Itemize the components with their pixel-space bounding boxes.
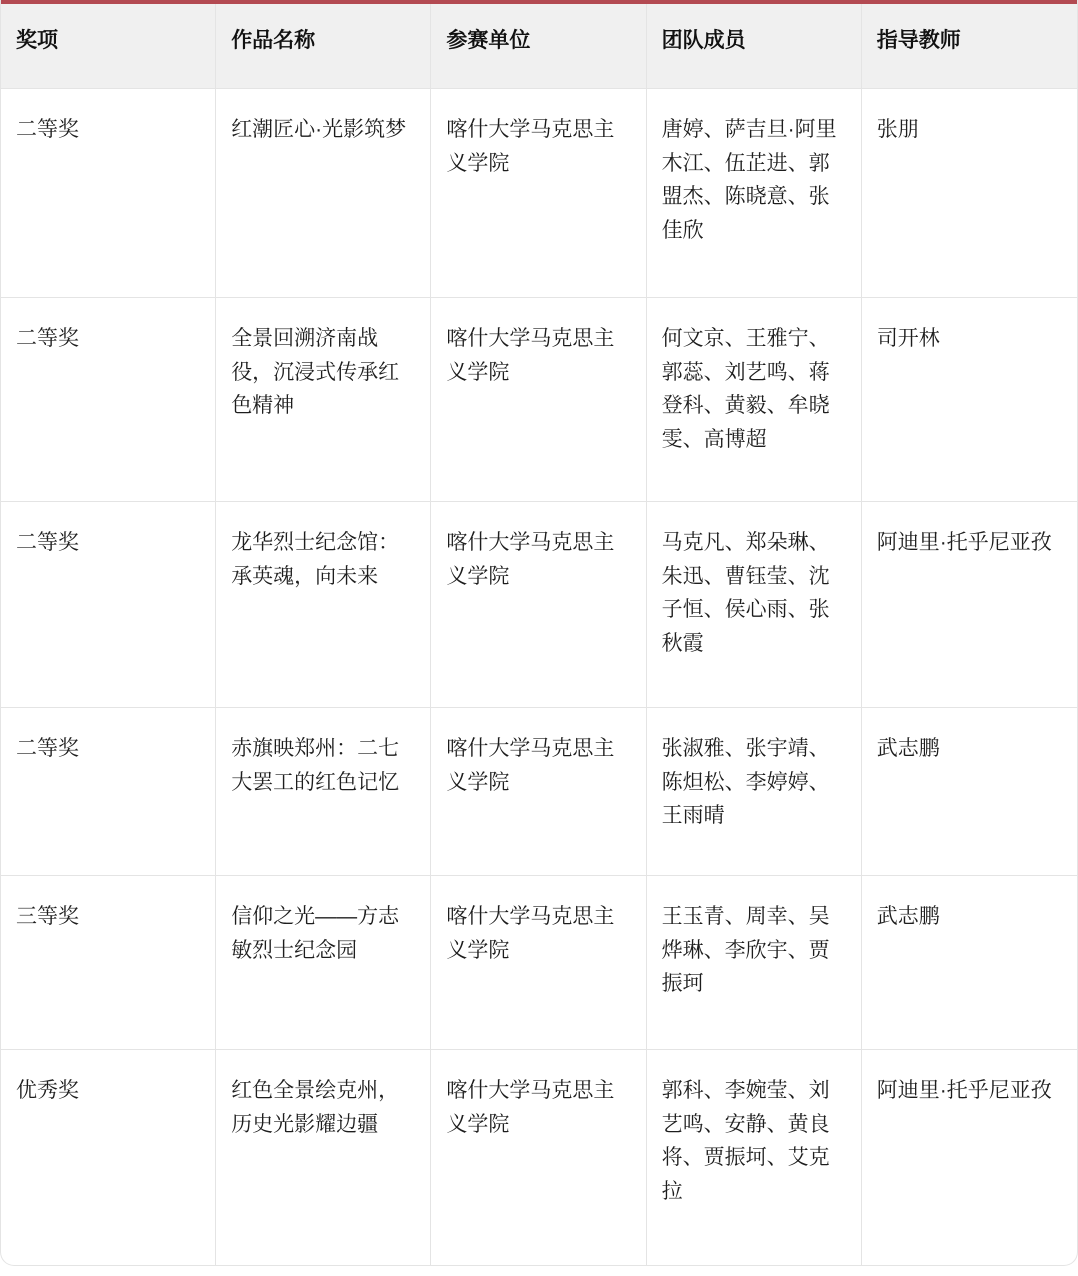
column-header-unit: 参赛单位 bbox=[431, 4, 646, 88]
cell-members: 马克凡、郑朵琳、朱迅、曹钰莹、沈子恒、侯心雨、张秋霞 bbox=[647, 502, 862, 707]
cell-work-title: 龙华烈士纪念馆：承英魂，向未来 bbox=[216, 502, 431, 707]
cell-work-title: 红潮匠心·光影筑梦 bbox=[216, 89, 431, 297]
cell-advisor: 司开林 bbox=[862, 298, 1077, 501]
cell-unit: 喀什大学马克思主义学院 bbox=[431, 89, 646, 297]
cell-work-title: 赤旗映郑州：二七大罢工的红色记忆 bbox=[216, 708, 431, 875]
cell-unit: 喀什大学马克思主义学院 bbox=[431, 708, 646, 875]
table-row: 三等奖 信仰之光——方志敏烈士纪念园 喀什大学马克思主义学院 王玉青、周幸、吴烨… bbox=[1, 876, 1077, 1050]
cell-advisor: 阿迪里·托乎尼亚孜 bbox=[862, 1050, 1077, 1265]
cell-members: 王玉青、周幸、吴烨琳、李欣宇、贾振珂 bbox=[647, 876, 862, 1049]
cell-award: 二等奖 bbox=[1, 502, 216, 707]
table-row: 二等奖 赤旗映郑州：二七大罢工的红色记忆 喀什大学马克思主义学院 张淑雅、张宇靖… bbox=[1, 708, 1077, 876]
cell-unit: 喀什大学马克思主义学院 bbox=[431, 298, 646, 501]
cell-advisor: 武志鹏 bbox=[862, 876, 1077, 1049]
cell-award: 二等奖 bbox=[1, 708, 216, 875]
cell-unit: 喀什大学马克思主义学院 bbox=[431, 876, 646, 1049]
cell-award: 三等奖 bbox=[1, 876, 216, 1049]
column-header-members: 团队成员 bbox=[647, 4, 862, 88]
cell-members: 张淑雅、张宇靖、陈炟松、李婷婷、王雨晴 bbox=[647, 708, 862, 875]
cell-work-title: 信仰之光——方志敏烈士纪念园 bbox=[216, 876, 431, 1049]
cell-work-title: 红色全景绘克州，历史光影耀边疆 bbox=[216, 1050, 431, 1265]
cell-award: 优秀奖 bbox=[1, 1050, 216, 1265]
table-row: 二等奖 红潮匠心·光影筑梦 喀什大学马克思主义学院 唐婷、萨吉旦·阿里木江、伍芷… bbox=[1, 89, 1077, 298]
cell-advisor: 张朋 bbox=[862, 89, 1077, 297]
column-header-award: 奖项 bbox=[1, 4, 216, 88]
cell-advisor: 阿迪里·托乎尼亚孜 bbox=[862, 502, 1077, 707]
cell-work-title: 全景回溯济南战役，沉浸式传承红色精神 bbox=[216, 298, 431, 501]
cell-award: 二等奖 bbox=[1, 89, 216, 297]
awards-table: 奖项 作品名称 参赛单位 团队成员 指导教师 二等奖 红潮匠心·光影筑梦 喀什大… bbox=[0, 0, 1078, 1266]
cell-unit: 喀什大学马克思主义学院 bbox=[431, 502, 646, 707]
page: 奖项 作品名称 参赛单位 团队成员 指导教师 二等奖 红潮匠心·光影筑梦 喀什大… bbox=[0, 0, 1078, 1276]
cell-unit: 喀什大学马克思主义学院 bbox=[431, 1050, 646, 1265]
table-row: 二等奖 全景回溯济南战役，沉浸式传承红色精神 喀什大学马克思主义学院 何文京、王… bbox=[1, 298, 1077, 502]
column-header-advisor: 指导教师 bbox=[862, 4, 1077, 88]
table-row: 二等奖 龙华烈士纪念馆：承英魂，向未来 喀什大学马克思主义学院 马克凡、郑朵琳、… bbox=[1, 502, 1077, 708]
cell-members: 唐婷、萨吉旦·阿里木江、伍芷进、郭盟杰、陈晓意、张佳欣 bbox=[647, 89, 862, 297]
column-header-work-title: 作品名称 bbox=[216, 4, 431, 88]
cell-members: 何文京、王雅宁、郭蕊、刘艺鸣、蒋登科、黄毅、牟晓雯、高博超 bbox=[647, 298, 862, 501]
cell-award: 二等奖 bbox=[1, 298, 216, 501]
table-row: 优秀奖 红色全景绘克州，历史光影耀边疆 喀什大学马克思主义学院 郭科、李婉莹、刘… bbox=[1, 1050, 1077, 1265]
cell-advisor: 武志鹏 bbox=[862, 708, 1077, 875]
table-header-row: 奖项 作品名称 参赛单位 团队成员 指导教师 bbox=[1, 4, 1077, 89]
cell-members: 郭科、李婉莹、刘艺鸣、安静、黄良将、贾振坷、艾克拉 bbox=[647, 1050, 862, 1265]
